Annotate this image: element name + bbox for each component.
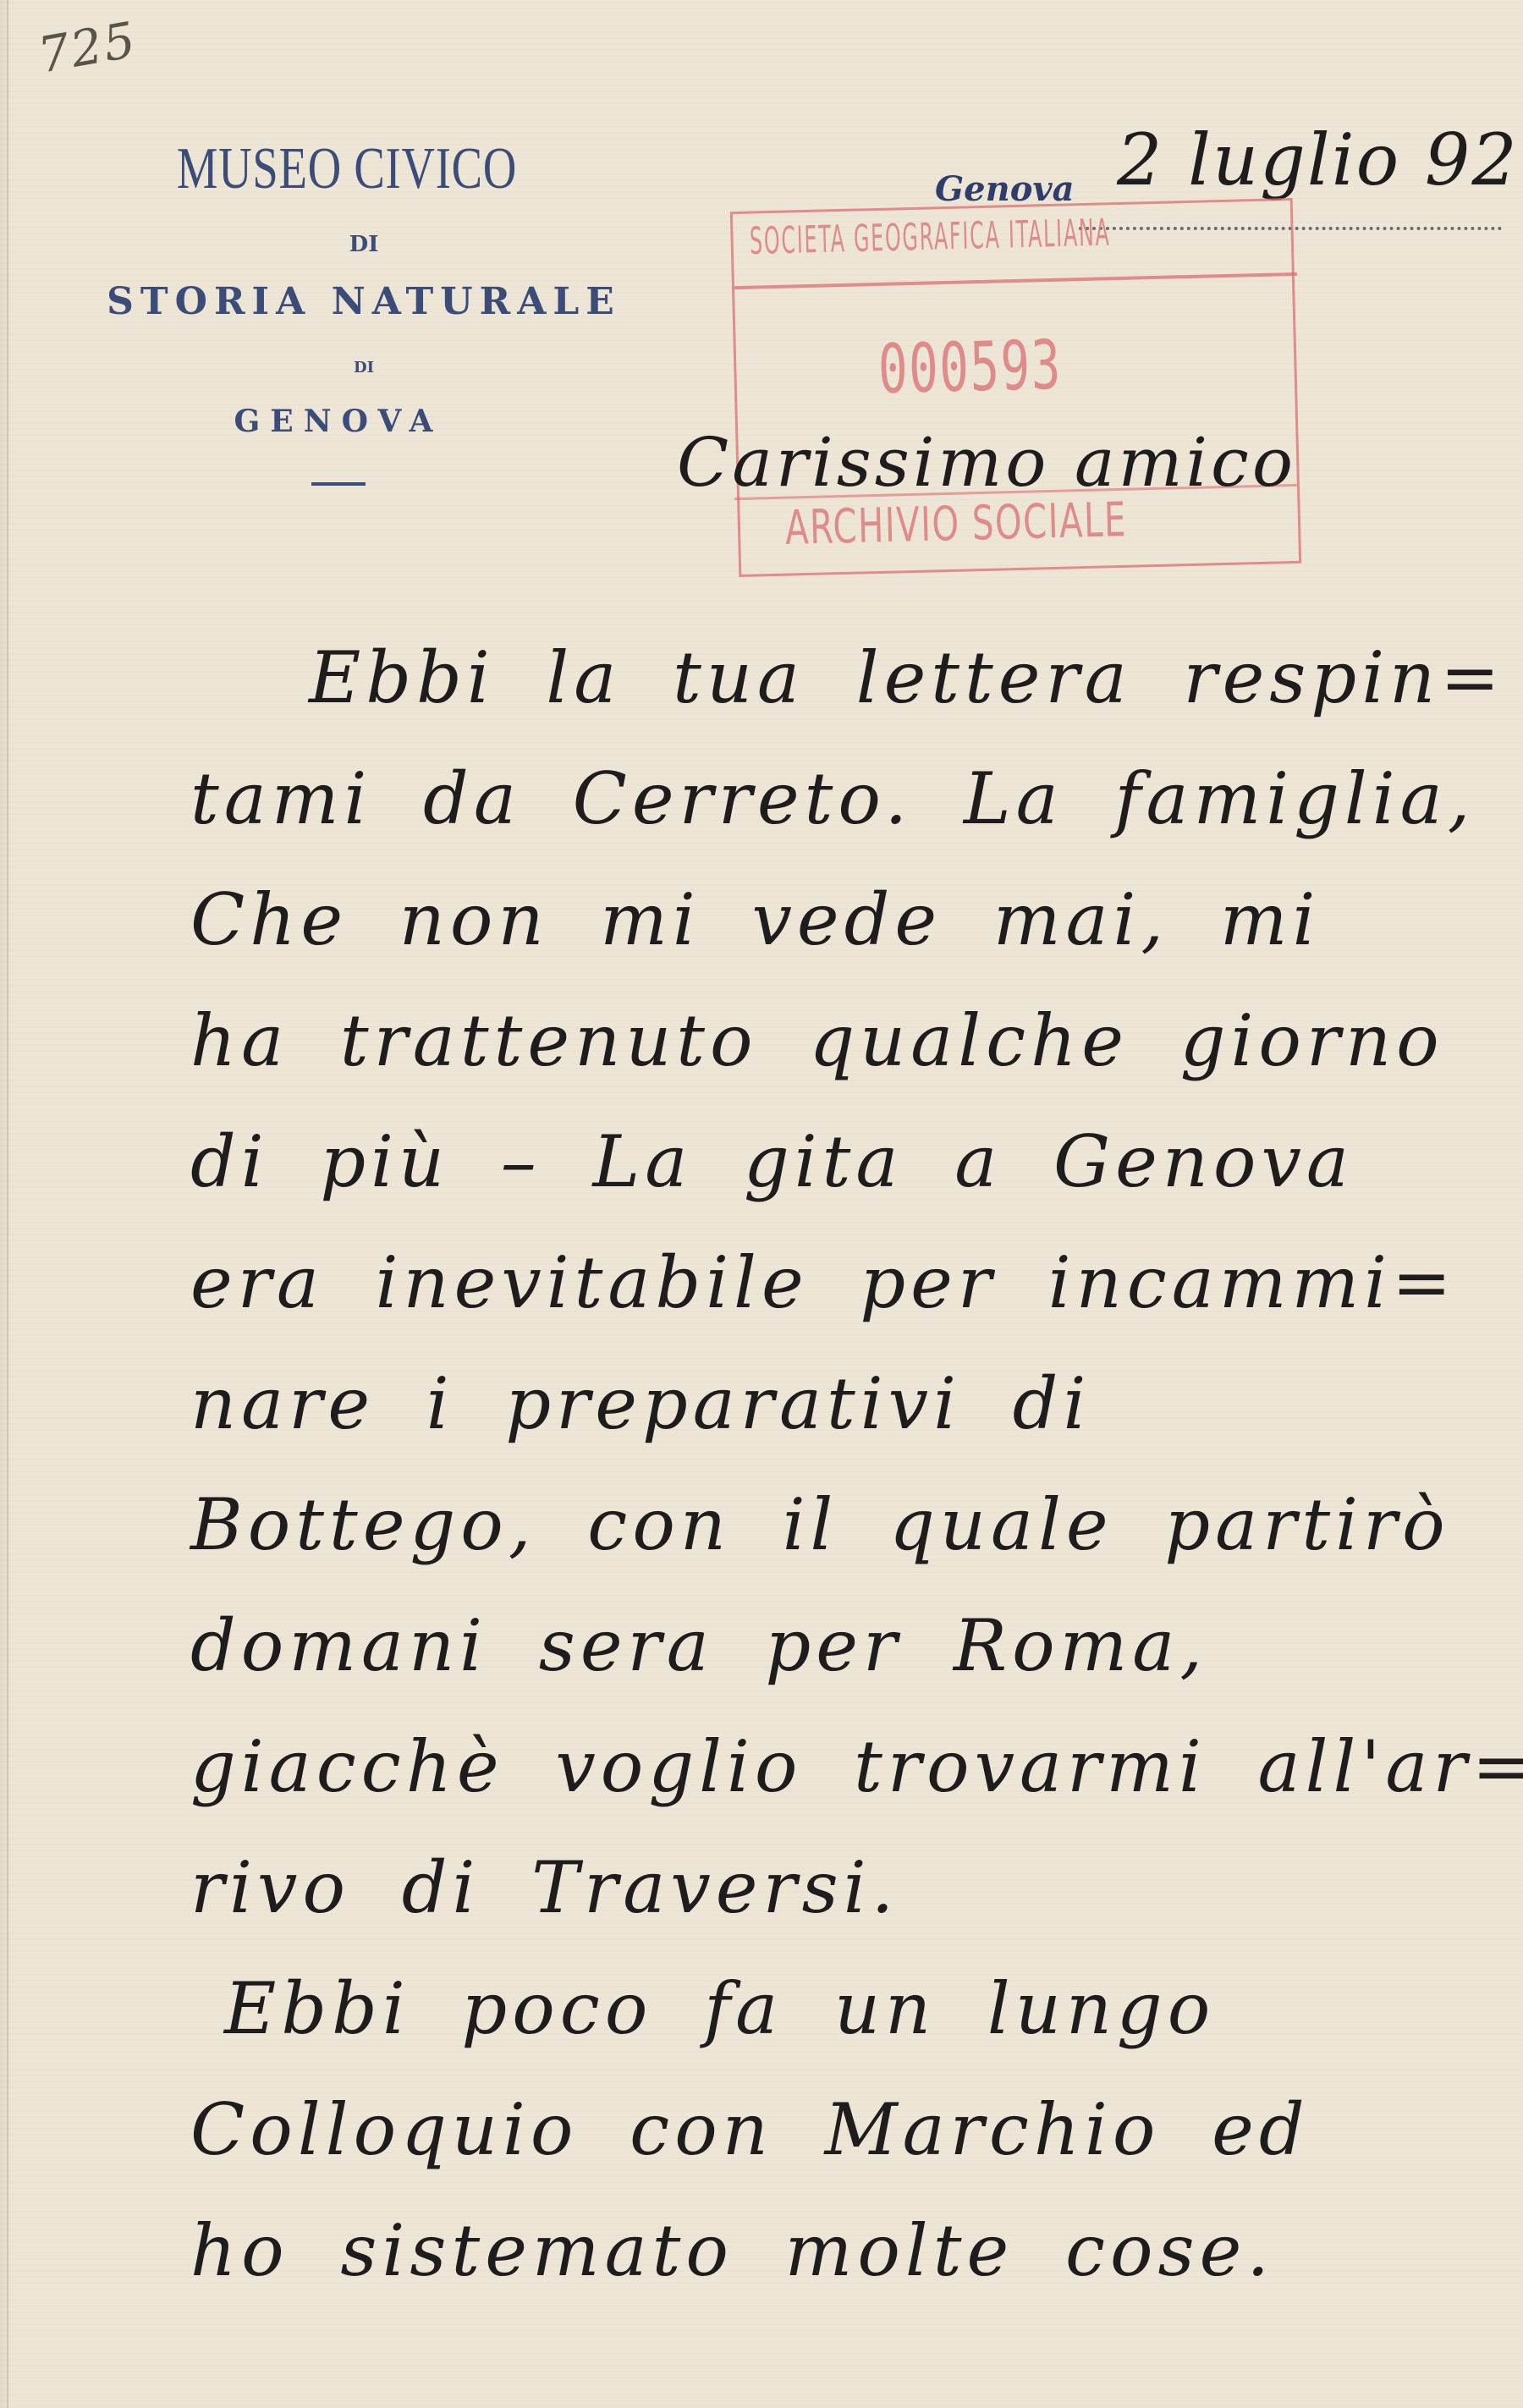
archive-stamp: SOCIETA GEOGRAFICA ITALIANA 000593 ARCHI… (734, 205, 1297, 570)
body-line: ha trattenuto qualche giorno (190, 981, 1510, 1102)
body-line: domani sera per Roma, (190, 1586, 1510, 1707)
salutation: Carissimo amico (677, 423, 1296, 502)
letter-body: Ebbi la tua lettera respin= tami da Cerr… (190, 618, 1510, 2312)
letterhead-museo-civico: MUSEO CIVICO (96, 135, 598, 203)
stamp-number: 000593 (877, 326, 1063, 409)
body-line: rivo di Traversi. (190, 1828, 1510, 1949)
body-line: ho sistemato molte cose. (190, 2191, 1510, 2312)
stamp-archive-label: ARCHIVIO SOCIALE (784, 492, 1127, 556)
body-line: era inevitabile per incammi= (190, 1223, 1510, 1344)
body-line: Bottego, con il quale partirò (190, 1465, 1510, 1586)
letter-page: 725 MUSEO CIVICO DI STORIA NATURALE DI G… (0, 0, 1523, 2408)
letterhead-di-2: DI (59, 360, 668, 376)
letterhead-di: DI (59, 234, 668, 256)
archive-number: 725 (34, 10, 141, 84)
date-handwritten: 2 luglio 92 (1117, 118, 1519, 201)
letterhead: MUSEO CIVICO DI STORIA NATURALE DI GENOV… (59, 135, 668, 486)
body-line: Che non mi vede mai, mi (190, 860, 1510, 981)
letterhead-divider (311, 482, 366, 486)
body-line: di più – La gita a Genova (190, 1102, 1510, 1223)
paper-edge (7, 0, 8, 2408)
body-line: Ebbi poco fa un lungo (190, 1949, 1510, 2070)
body-line: Colloquio con Marchio ed (190, 2070, 1510, 2191)
stamp-society-name: SOCIETA GEOGRAFICA ITALIANA (749, 212, 1111, 263)
body-line: tami da Cerreto. La famiglia, (190, 739, 1510, 860)
letterhead-genova: GENOVA (8, 404, 668, 438)
body-line: nare i preparativi di (190, 1344, 1510, 1465)
body-line: Ebbi la tua lettera respin= (190, 618, 1510, 739)
body-line: giacchè voglio trovarmi all'ar= (190, 1707, 1510, 1828)
letterhead-storia-naturale: STORIA NATURALE (59, 281, 668, 323)
